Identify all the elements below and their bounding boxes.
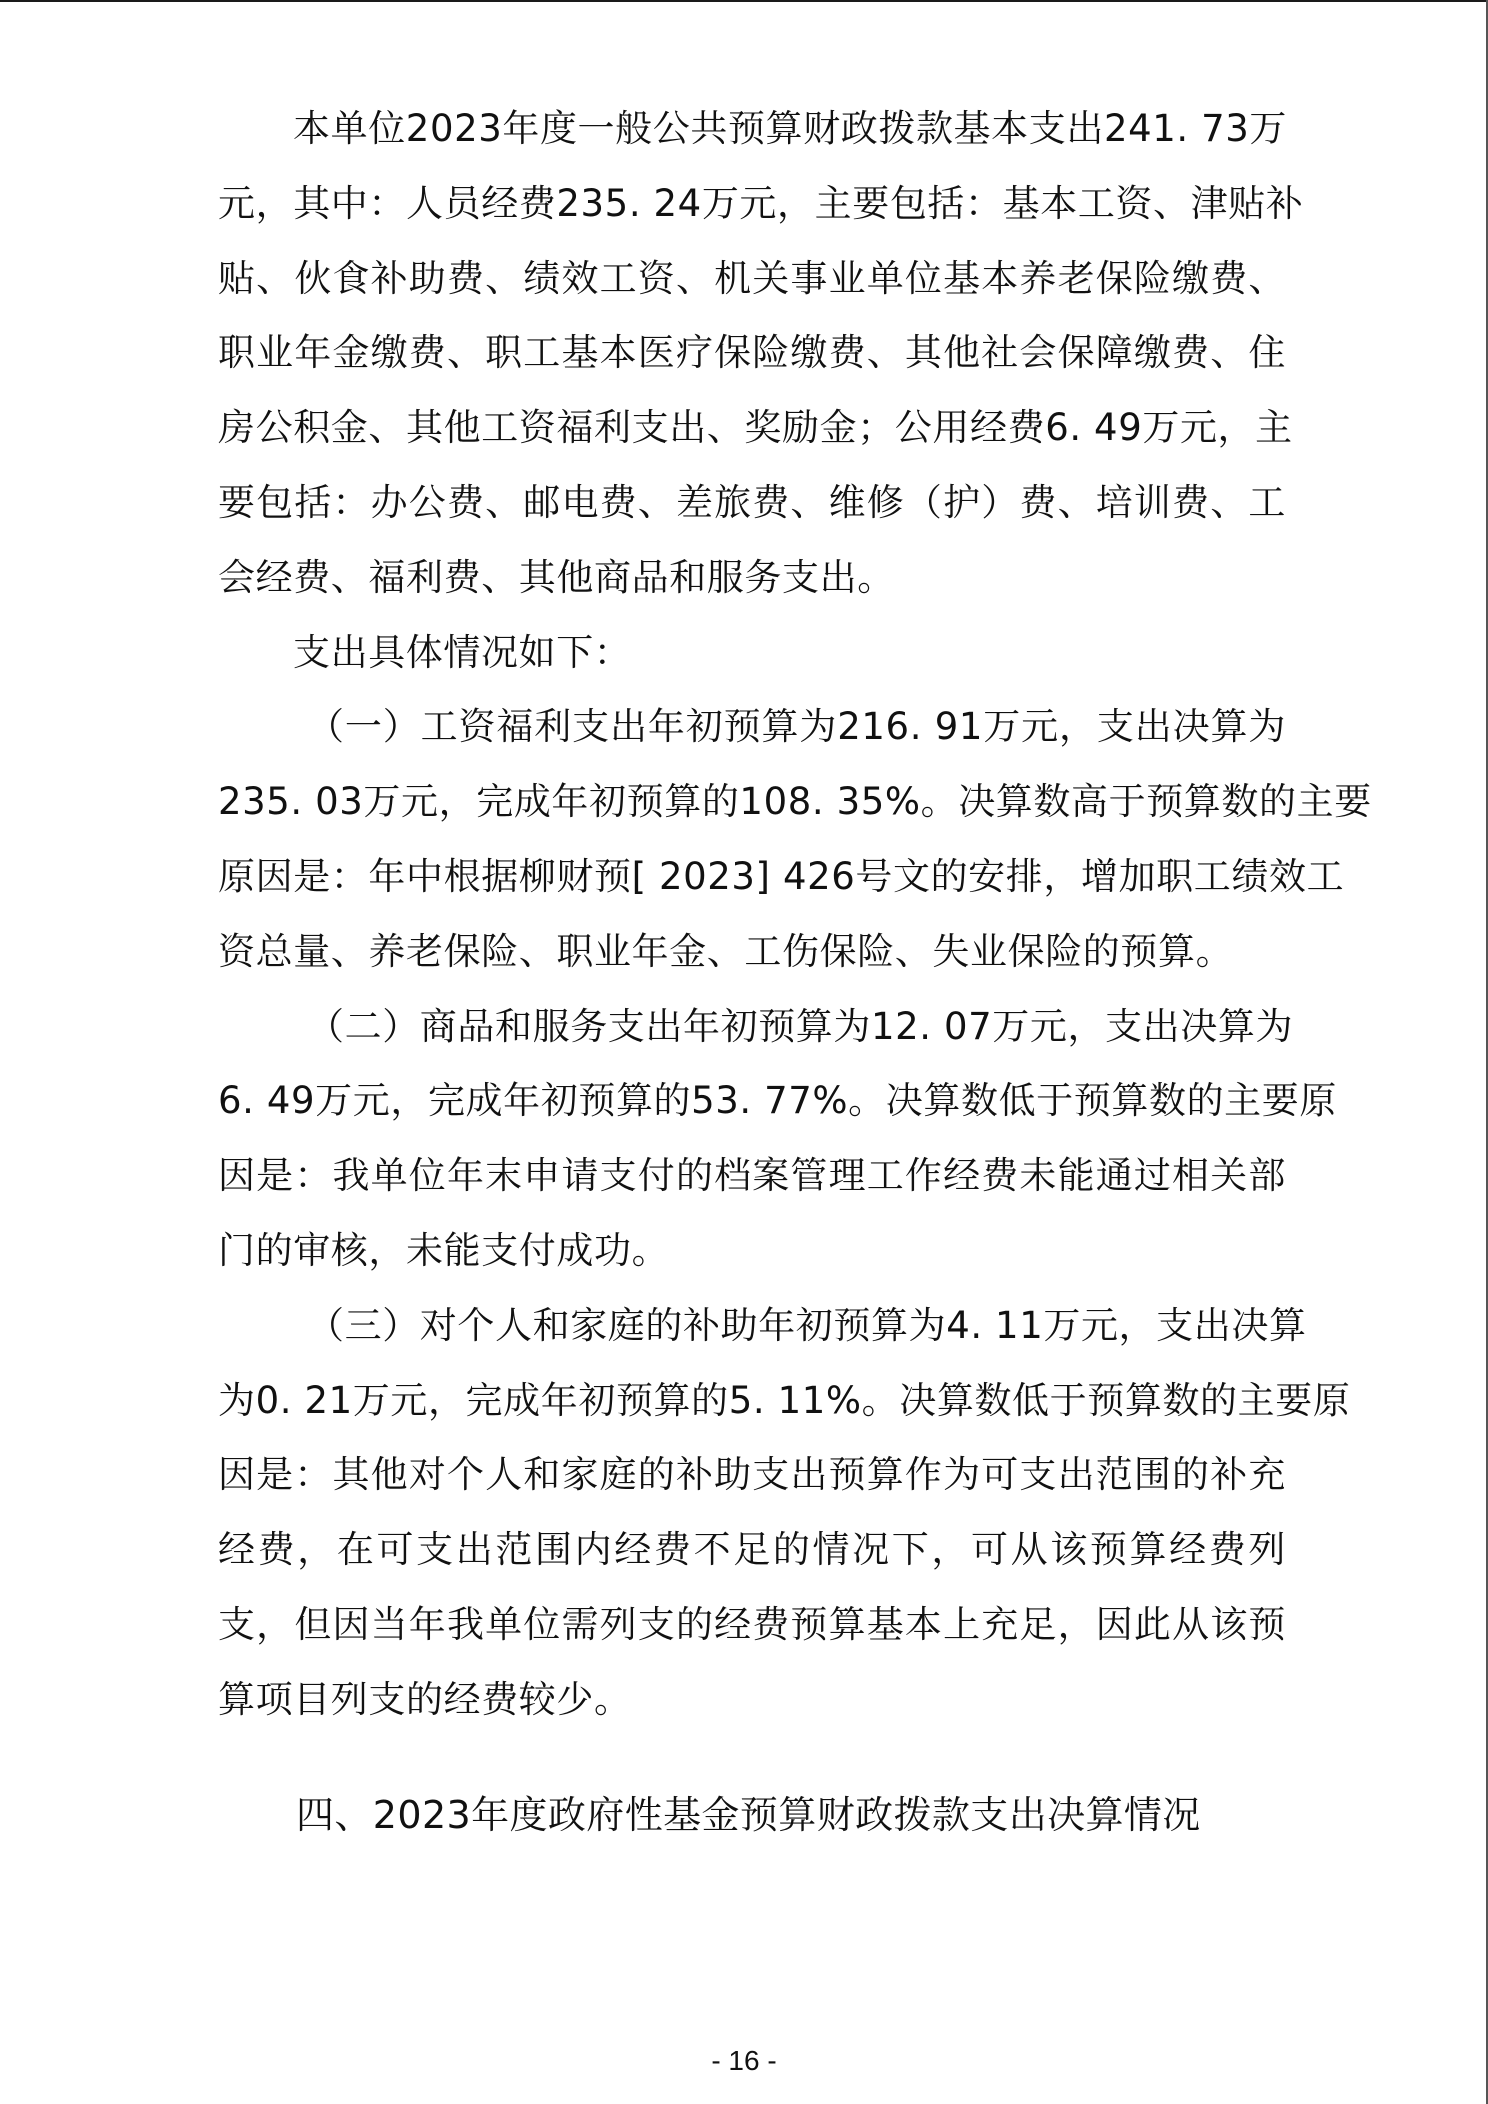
- text-line: 资总量、养老保险、职业年金、工伤保险、失业保险的预算。: [218, 923, 1286, 998]
- text-line: 原因是：年中根据柳财预[ 2023] 426号文的安排，增加职工绩效工: [218, 848, 1286, 923]
- text-line: 门的审核，未能支付成功。: [218, 1222, 1286, 1297]
- paragraph-intro: 支出具体情况如下：: [218, 624, 1286, 699]
- paragraph-item-subsidies: （三）对个人和家庭的补助年初预算为4. 11万元，支出决算 为0. 21万元，完…: [218, 1297, 1286, 1746]
- text-line: 要包括：办公费、邮电费、差旅费、维修（护）费、培训费、工: [218, 474, 1286, 549]
- document-body: 本单位2023年度一般公共预算财政拨款基本支出241. 73万 元，其中：人员经…: [218, 100, 1286, 1746]
- text-line: 支，但因当年我单位需列支的经费预算基本上充足，因此从该预: [218, 1596, 1286, 1671]
- paragraph-item-wages: （一）工资福利支出年初预算为216. 91万元，支出决算为 235. 03万元，…: [218, 698, 1286, 997]
- text-line: 支出具体情况如下：: [218, 624, 1286, 699]
- page-border-top: [0, 0, 1488, 2]
- text-line: 为0. 21万元，完成年初预算的5. 11%。决算数低于预算数的主要原: [218, 1372, 1286, 1447]
- text-line: 经费，在可支出范围内经费不足的情况下，可从该预算经费列: [218, 1521, 1286, 1596]
- text-line: 6. 49万元，完成年初预算的53. 77%。决算数低于预算数的主要原: [218, 1072, 1286, 1147]
- page-number: - 16 -: [0, 2044, 1488, 2078]
- text-line: （一）工资福利支出年初预算为216. 91万元，支出决算为: [218, 698, 1286, 773]
- text-line: （二）商品和服务支出年初预算为12. 07万元，支出决算为: [218, 998, 1286, 1073]
- text-line: 会经费、福利费、其他商品和服务支出。: [218, 549, 1286, 624]
- text-line: 房公积金、其他工资福利支出、奖励金；公用经费6. 49万元，主: [218, 399, 1286, 474]
- text-line: 职业年金缴费、职工基本医疗保险缴费、其他社会保障缴费、住: [218, 324, 1286, 399]
- section-heading: 四、2023年度政府性基金预算财政拨款支出决算情况: [296, 1786, 1201, 1844]
- text-line: 算项目列支的经费较少。: [218, 1671, 1286, 1746]
- text-line: 元，其中：人员经费235. 24万元，主要包括：基本工资、津贴补: [218, 175, 1286, 250]
- text-line: 本单位2023年度一般公共预算财政拨款基本支出241. 73万: [218, 100, 1286, 175]
- paragraph-summary: 本单位2023年度一般公共预算财政拨款基本支出241. 73万 元，其中：人员经…: [218, 100, 1286, 624]
- text-line: 贴、伙食补助费、绩效工资、机关事业单位基本养老保险缴费、: [218, 250, 1286, 325]
- text-line: （三）对个人和家庭的补助年初预算为4. 11万元，支出决算: [218, 1297, 1286, 1372]
- text-line: 因是：我单位年末申请支付的档案管理工作经费未能通过相关部: [218, 1147, 1286, 1222]
- text-line: 因是：其他对个人和家庭的补助支出预算作为可支出范围的补充: [218, 1446, 1286, 1521]
- text-line: 235. 03万元，完成年初预算的108. 35%。决算数高于预算数的主要: [218, 773, 1286, 848]
- paragraph-item-goods-services: （二）商品和服务支出年初预算为12. 07万元，支出决算为 6. 49万元，完成…: [218, 998, 1286, 1297]
